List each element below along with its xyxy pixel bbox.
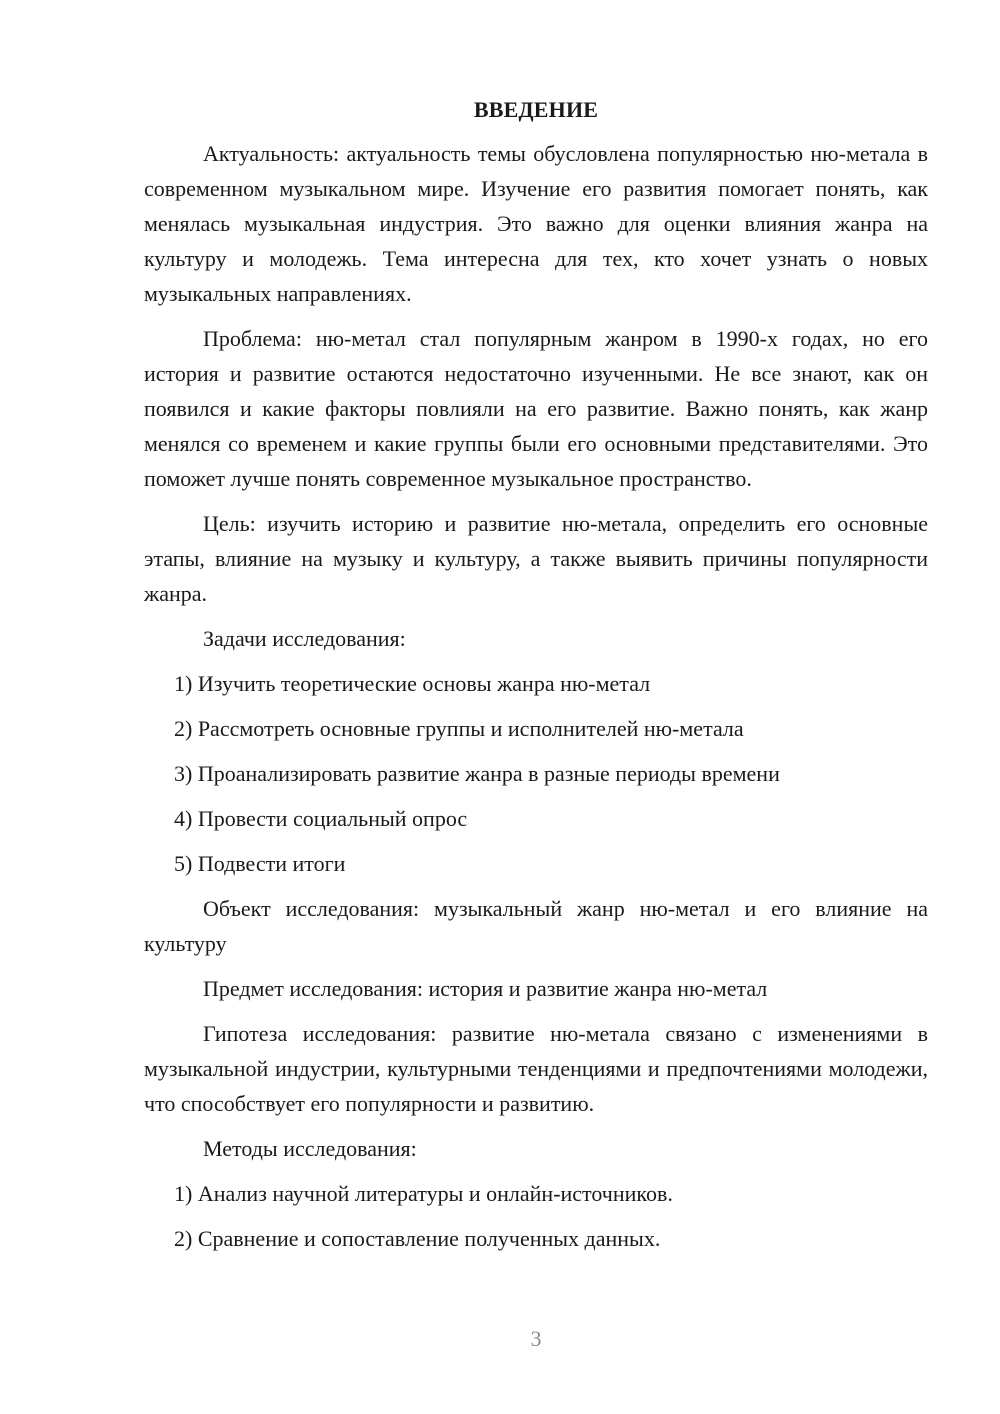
section-title: ВВЕДЕНИЕ — [144, 96, 928, 124]
methods-list: 1) Анализ научной литературы и онлайн-ис… — [144, 1176, 928, 1256]
relevance-paragraph: Актуальность: актуальность темы обусловл… — [144, 136, 928, 311]
subject-paragraph: Предмет исследования: история и развитие… — [144, 971, 928, 1006]
method-item: 2) Сравнение и сопоставление полученных … — [144, 1221, 928, 1256]
problem-paragraph: Проблема: ню-метал стал популярным жанро… — [144, 321, 928, 496]
object-paragraph: Объект исследования: музыкальный жанр ню… — [144, 891, 928, 961]
method-item: 1) Анализ научной литературы и онлайн-ис… — [144, 1176, 928, 1211]
task-item: 1) Изучить теоретические основы жанра ню… — [144, 666, 928, 701]
task-item: 3) Проанализировать развитие жанра в раз… — [144, 756, 928, 791]
tasks-heading: Задачи исследования: — [144, 621, 928, 656]
task-item: 2) Рассмотреть основные группы и исполни… — [144, 711, 928, 746]
task-item: 5) Подвести итоги — [144, 846, 928, 881]
hypothesis-paragraph: Гипотеза исследования: развитие ню-метал… — [144, 1016, 928, 1121]
tasks-list: 1) Изучить теоретические основы жанра ню… — [144, 666, 928, 881]
document-page: ВВЕДЕНИЕ Актуальность: актуальность темы… — [144, 96, 928, 1266]
task-item: 4) Провести социальный опрос — [144, 801, 928, 836]
goal-paragraph: Цель: изучить историю и развитие ню-мета… — [144, 506, 928, 611]
methods-heading: Методы исследования: — [144, 1131, 928, 1166]
page-number: 3 — [0, 1326, 1000, 1352]
